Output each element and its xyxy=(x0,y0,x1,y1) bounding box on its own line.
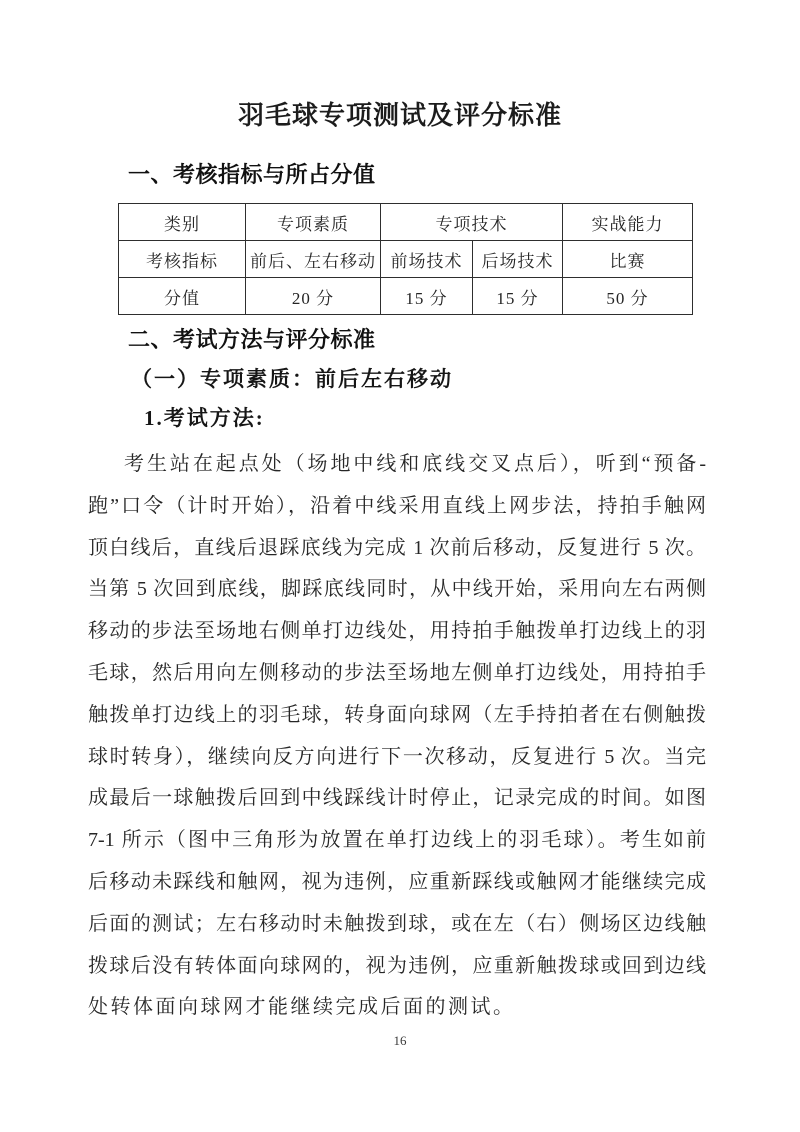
table-cell: 50 分 xyxy=(563,278,693,315)
paragraph-line: 当第 5 次回到底线，脚踩底线同时，从中线开始，采用向左右两侧 xyxy=(88,569,706,611)
paragraph-line: 成最后一球触拨后回到中线踩线计时停止，记录完成的时间。如图 xyxy=(88,778,706,820)
method-label: 1.考试方法: xyxy=(144,403,265,433)
table-cell: 后场技术 xyxy=(473,241,563,278)
table-cell: 专项技术 xyxy=(381,204,563,241)
subsection-heading: （一）专项素质：前后左右移动 xyxy=(131,364,453,394)
paragraph-line: 移动的步法至场地右侧单打边线处，用持拍手触拨单打边线上的羽 xyxy=(88,611,706,653)
table-cell: 前后、左右移动 xyxy=(246,241,381,278)
table-cell: 考核指标 xyxy=(119,241,246,278)
table-cell: 15 分 xyxy=(381,278,473,315)
paragraph-line: 后面的测试；左右移动时未触拨到球，或在左（右）侧场区边线触 xyxy=(88,904,706,946)
table-cell: 实战能力 xyxy=(563,204,693,241)
section-1-heading: 一、考核指标与所占分值 xyxy=(128,161,376,189)
table-cell: 前场技术 xyxy=(381,241,473,278)
table-cell: 比赛 xyxy=(563,241,693,278)
paragraph-line: 顶白线后，直线后退踩底线为完成 1 次前后移动，反复进行 5 次。 xyxy=(88,528,706,570)
paragraph-line: 考生站在起点处（场地中线和底线交叉点后），听到“预备- xyxy=(88,444,706,486)
paragraph-line: 7-1 所示（图中三角形为放置在单打边线上的羽毛球）。考生如前 xyxy=(88,820,706,862)
paragraph-line: 触拨单打边线上的羽毛球，转身面向球网（左手持拍者在右侧触拨 xyxy=(88,695,706,737)
table-row-category: 类别 专项素质 专项技术 实战能力 xyxy=(119,204,693,241)
document-page: 羽毛球专项测试及评分标准 一、考核指标与所占分值 类别 专项素质 专项技术 实战… xyxy=(0,0,800,1132)
table-row-score: 分值 20 分 15 分 15 分 50 分 xyxy=(119,278,693,315)
table-row-indicator: 考核指标 前后、左右移动 前场技术 后场技术 比赛 xyxy=(119,241,693,278)
score-allocation-table: 类别 专项素质 专项技术 实战能力 考核指标 前后、左右移动 前场技术 后场技术… xyxy=(118,203,693,315)
table-cell: 类别 xyxy=(119,204,246,241)
method-paragraph: 考生站在起点处（场地中线和底线交叉点后），听到“预备- 跑”口令（计时开始），沿… xyxy=(88,444,706,1029)
page-number: 16 xyxy=(0,1033,800,1049)
paragraph-line: 跑”口令（计时开始），沿着中线采用直线上网步法，持拍手触网 xyxy=(88,486,706,528)
paragraph-line: 球时转身），继续向反方向进行下一次移动，反复进行 5 次。当完 xyxy=(88,737,706,779)
section-2-heading: 二、考试方法与评分标准 xyxy=(128,326,376,354)
table-cell: 专项素质 xyxy=(246,204,381,241)
paragraph-line: 后移动未踩线和触网，视为违例，应重新踩线或触网才能继续完成 xyxy=(88,862,706,904)
table-cell: 20 分 xyxy=(246,278,381,315)
paragraph-line: 处转体面向球网才能继续完成后面的测试。 xyxy=(88,987,706,1029)
table-cell: 分值 xyxy=(119,278,246,315)
paragraph-line: 拨球后没有转体面向球网的，视为违例，应重新触拨球或回到边线 xyxy=(88,946,706,988)
table-cell: 15 分 xyxy=(473,278,563,315)
paragraph-line: 毛球，然后用向左侧移动的步法至场地左侧单打边线处，用持拍手 xyxy=(88,653,706,695)
document-title: 羽毛球专项测试及评分标准 xyxy=(0,97,800,135)
